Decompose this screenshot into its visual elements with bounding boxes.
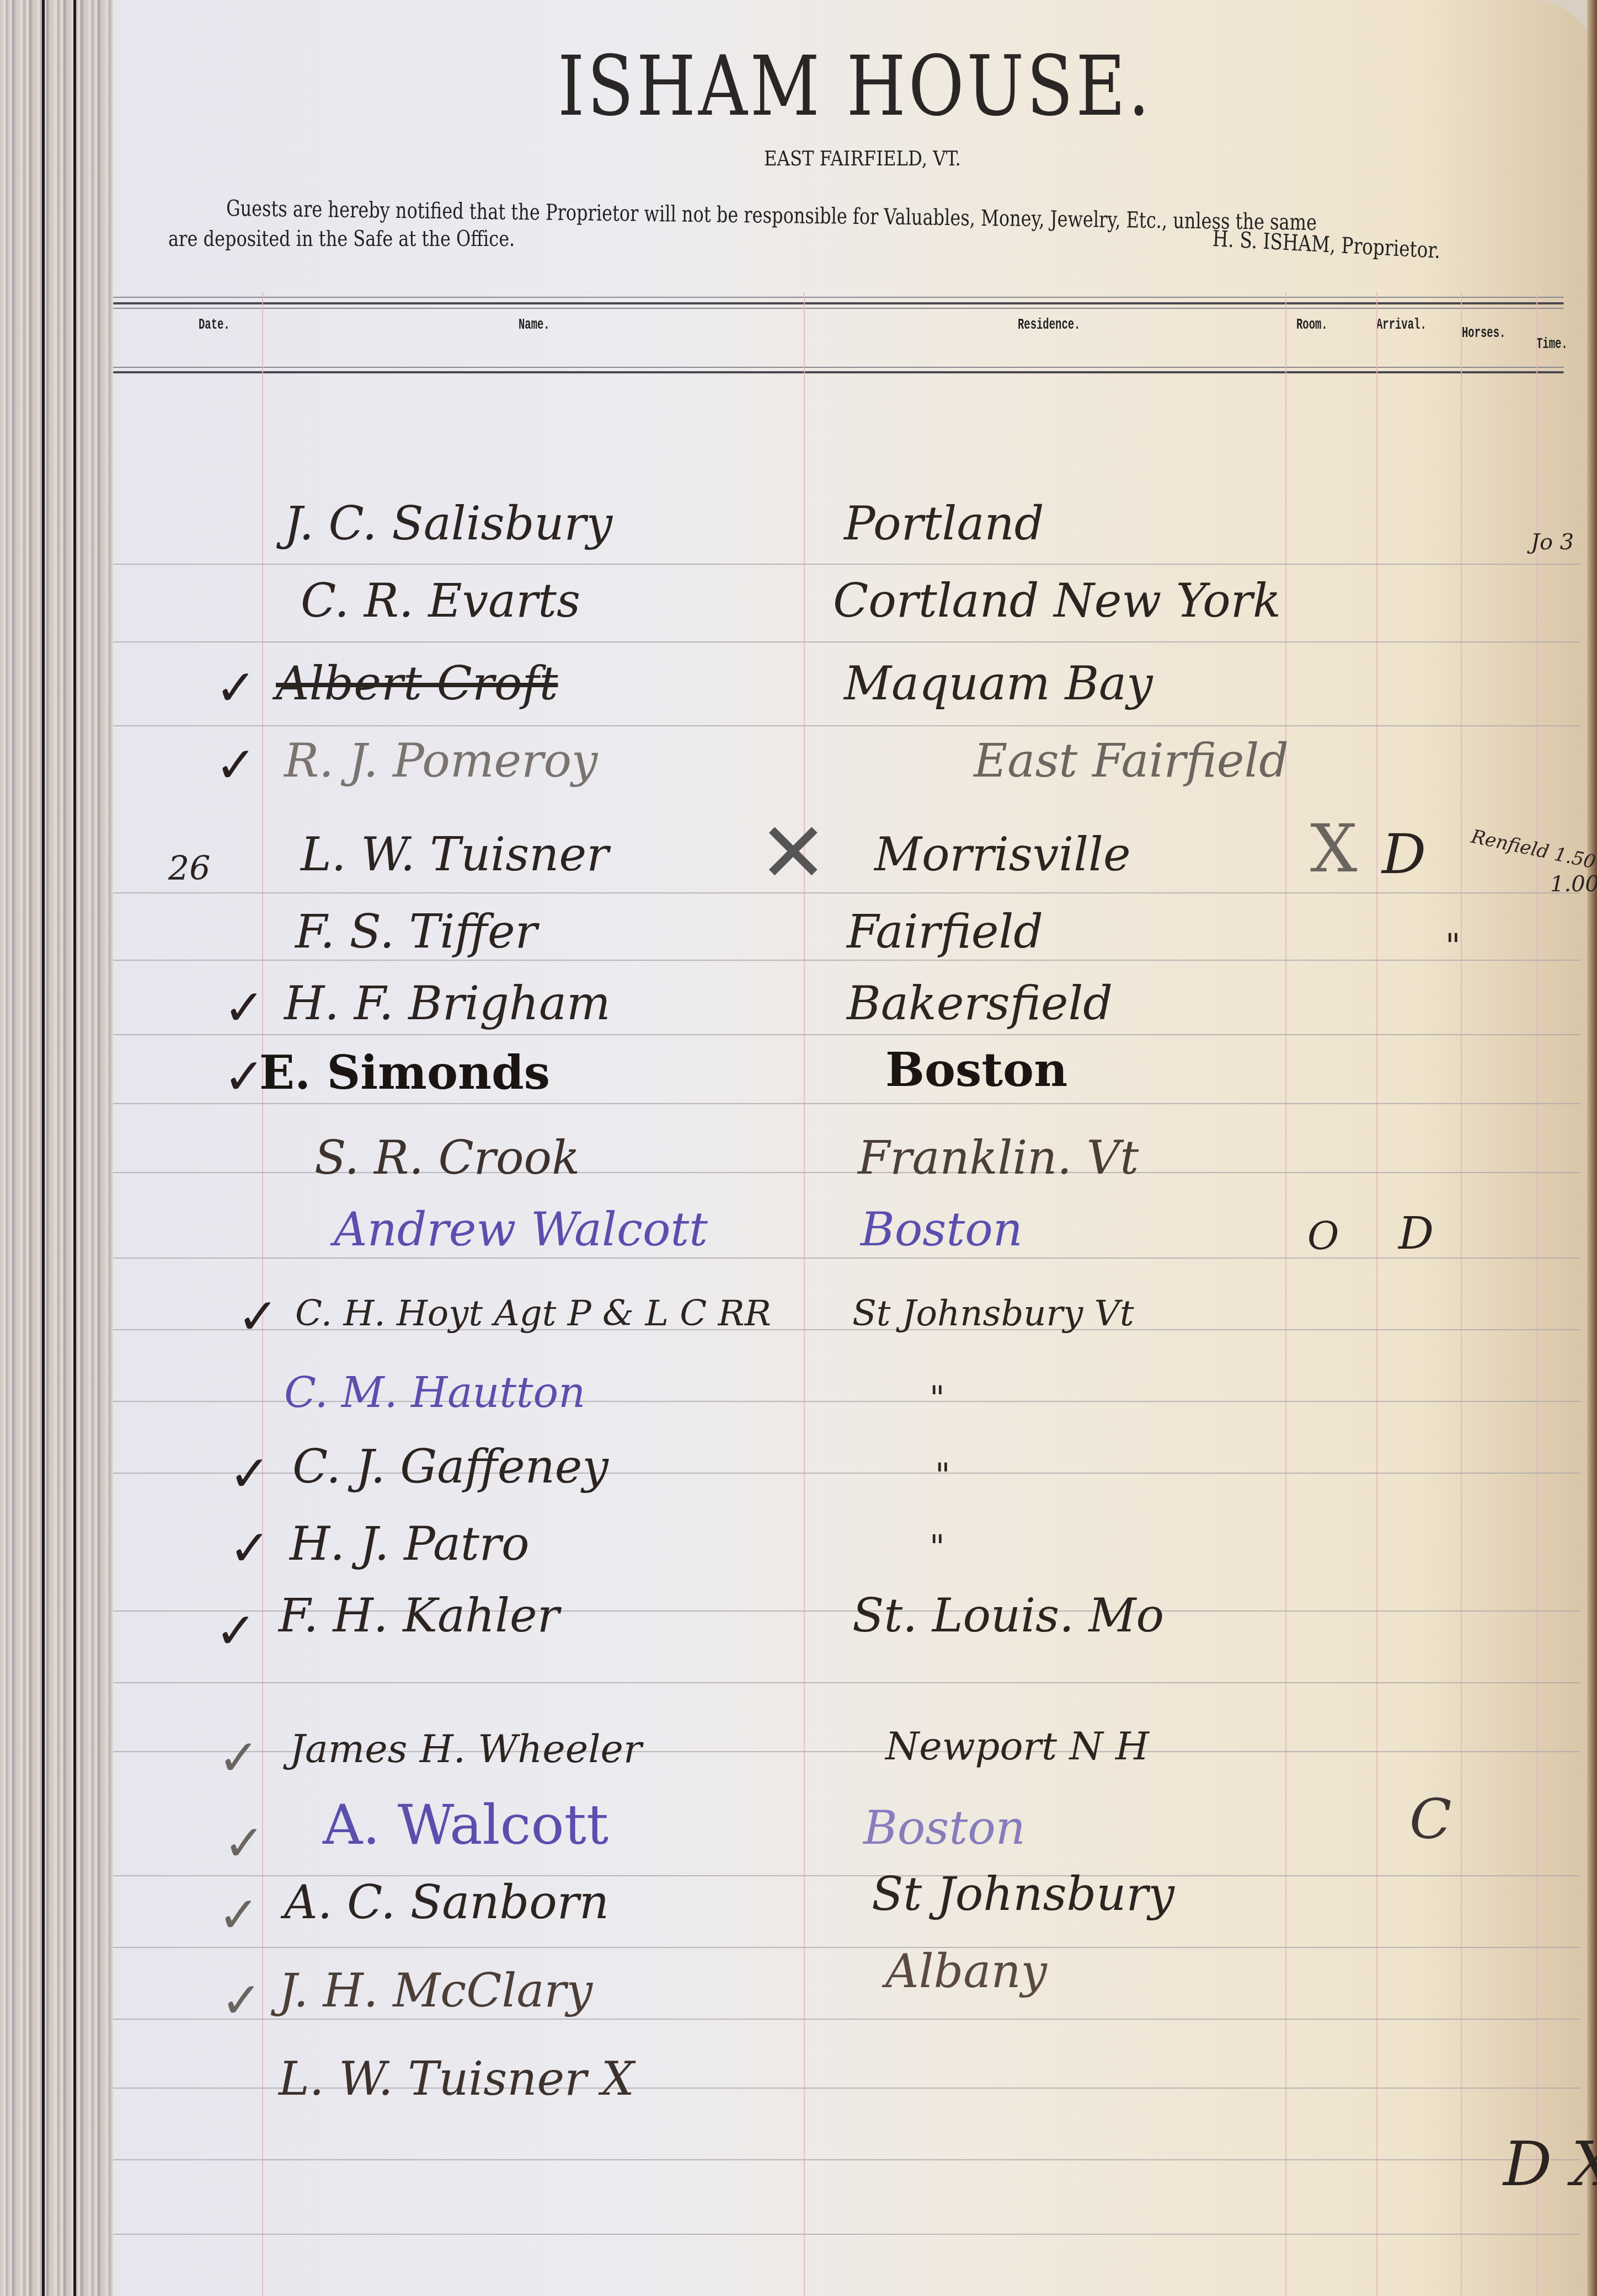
row-line — [113, 1257, 1580, 1259]
column-header-arrival: Arrival. — [1376, 317, 1427, 334]
guest-name: A. C. Sanborn — [284, 1875, 609, 1929]
guest-name: L. W. Tuisner X — [279, 2052, 634, 2106]
guest-name: L. W. Tuisner — [301, 827, 608, 881]
guest-residence: Morrisville — [874, 827, 1131, 881]
date-cell: 26 — [168, 849, 210, 888]
guest-name: S. R. Crook — [314, 1131, 580, 1185]
row-line — [113, 892, 1580, 893]
column-divider — [1536, 292, 1537, 2296]
room-mark: O — [1307, 1213, 1339, 1259]
checkmark-icon: ✓ — [229, 1519, 270, 1577]
checkmark-icon: ✓ — [237, 1288, 279, 1346]
guest-name: James H. Wheeler — [290, 1726, 642, 1771]
arrival-mark: D — [1382, 822, 1426, 886]
header-rule — [113, 297, 1564, 298]
guest-residence: Boston — [885, 1042, 1067, 1097]
checkmark-icon: ✓ — [215, 736, 257, 794]
guest-name: A. Walcott — [323, 1792, 608, 1857]
row-line — [113, 2234, 1580, 2235]
spine-line — [42, 0, 45, 2296]
charge-note: 1.00 — [1550, 871, 1597, 897]
guest-residence: Cortland New York — [833, 574, 1281, 628]
guest-name: C. M. Hautton — [284, 1368, 585, 1417]
arrival-mark: C — [1409, 1787, 1452, 1851]
guest-name: H. J. Patro — [290, 1517, 530, 1571]
header-rule — [113, 371, 1564, 373]
checkmark-icon: ✓ — [223, 1815, 265, 1872]
column-header-name: Name. — [519, 317, 550, 334]
guest-residence: Portland — [844, 496, 1044, 550]
checkmark-icon: ✓ — [215, 659, 257, 717]
checkmark-icon: ✓ — [229, 1445, 270, 1503]
row-line — [113, 1034, 1580, 1035]
guest-name: J. C. Salisbury — [284, 496, 612, 550]
column-header-horses: Horses. — [1462, 325, 1505, 342]
guest-residence: Boston — [861, 1202, 1023, 1256]
arrival-mark: D X — [1503, 2129, 1597, 2199]
guest-residence: Bakersfield — [847, 976, 1113, 1030]
guest-residence: " — [930, 1379, 945, 1417]
ditto-mark: " — [1445, 927, 1461, 965]
row-line — [113, 2159, 1580, 2160]
row-line — [113, 641, 1580, 643]
page-edge — [1587, 0, 1597, 2296]
column-divider — [804, 292, 805, 2296]
guest-residence: Franklin. Vt — [858, 1131, 1139, 1185]
column-header-room: Room. — [1296, 317, 1328, 334]
guest-residence: Boston — [863, 1801, 1026, 1855]
checkmark-icon: ✓ — [218, 1886, 259, 1944]
guest-residence: Newport N H — [885, 1724, 1149, 1769]
page-stack-edge — [0, 0, 113, 2296]
spine-line — [73, 0, 76, 2296]
row-line — [113, 960, 1580, 961]
guest-name: C. H. Hoyt Agt P & L C RR — [295, 1293, 771, 1334]
column-divider — [1376, 292, 1377, 2296]
row-line — [113, 1103, 1580, 1104]
guest-name: F. S. Tiffer — [295, 905, 537, 959]
guest-residence: " — [930, 1528, 945, 1566]
guest-name: C. R. Evarts — [301, 574, 580, 628]
charge-note: Renfield 1.50 — [1469, 826, 1597, 874]
guest-residence: St Johnsbury Vt — [852, 1293, 1134, 1334]
margin-note: Jo 3 — [1531, 529, 1574, 555]
guest-name: Andrew Walcott — [334, 1202, 708, 1256]
guest-residence: Maquam Bay — [844, 656, 1153, 710]
checkmark-icon: ✓ — [223, 979, 265, 1037]
row-line — [113, 564, 1580, 565]
register-page: ISHAM HOUSE. EAST FAIRFIELD, VT. Guests … — [113, 0, 1597, 2296]
guest-name: H. F. Brigham — [284, 976, 611, 1030]
guest-residence: Fairfield — [847, 905, 1043, 959]
column-divider — [1461, 292, 1462, 2296]
header-rule — [113, 302, 1564, 304]
notice-line-2: are deposited in the Safe at the Office. — [168, 226, 515, 251]
guest-name: F. H. Kahler — [279, 1588, 559, 1642]
proprietor-signature: H. S. ISHAM, Proprietor. — [1212, 226, 1441, 264]
checkmark-icon: ✓ — [218, 1729, 259, 1787]
room-mark: X — [1310, 811, 1357, 887]
checkmark-icon: ✓ — [221, 1972, 262, 2030]
hotel-location: EAST FAIRFIELD, VT. — [764, 146, 961, 170]
header-rule — [113, 367, 1564, 368]
guest-name: J. H. McClary — [279, 1963, 592, 2017]
column-divider — [1285, 292, 1286, 2296]
guest-name: E. Simonds — [259, 1045, 550, 1100]
row-line — [113, 1682, 1580, 1683]
cross-mark: ✕ — [759, 805, 828, 901]
column-header-date: Date. — [199, 317, 230, 334]
row-line — [113, 725, 1580, 726]
arrival-mark: D — [1398, 1208, 1434, 1259]
guest-name: R. J. Pomeroy — [284, 734, 597, 788]
column-header-time: Time. — [1536, 336, 1568, 353]
guest-name: Albert Croft — [276, 656, 558, 710]
header-rule — [113, 308, 1564, 309]
column-header-residence: Residence. — [1018, 317, 1080, 334]
guest-residence: St. Louis. Mo — [852, 1588, 1164, 1642]
guest-residence: Albany — [885, 1944, 1047, 1998]
hotel-title: ISHAM HOUSE. — [247, 39, 1464, 135]
row-line — [113, 1947, 1580, 1948]
row-line — [113, 2019, 1580, 2020]
guest-name: C. J. Gaffeney — [292, 1439, 608, 1494]
checkmark-icon: ✓ — [215, 1602, 257, 1660]
guest-residence: St Johnsbury — [872, 1867, 1174, 1921]
guest-residence: East Fairfield — [974, 734, 1289, 788]
guest-residence: " — [935, 1456, 950, 1495]
